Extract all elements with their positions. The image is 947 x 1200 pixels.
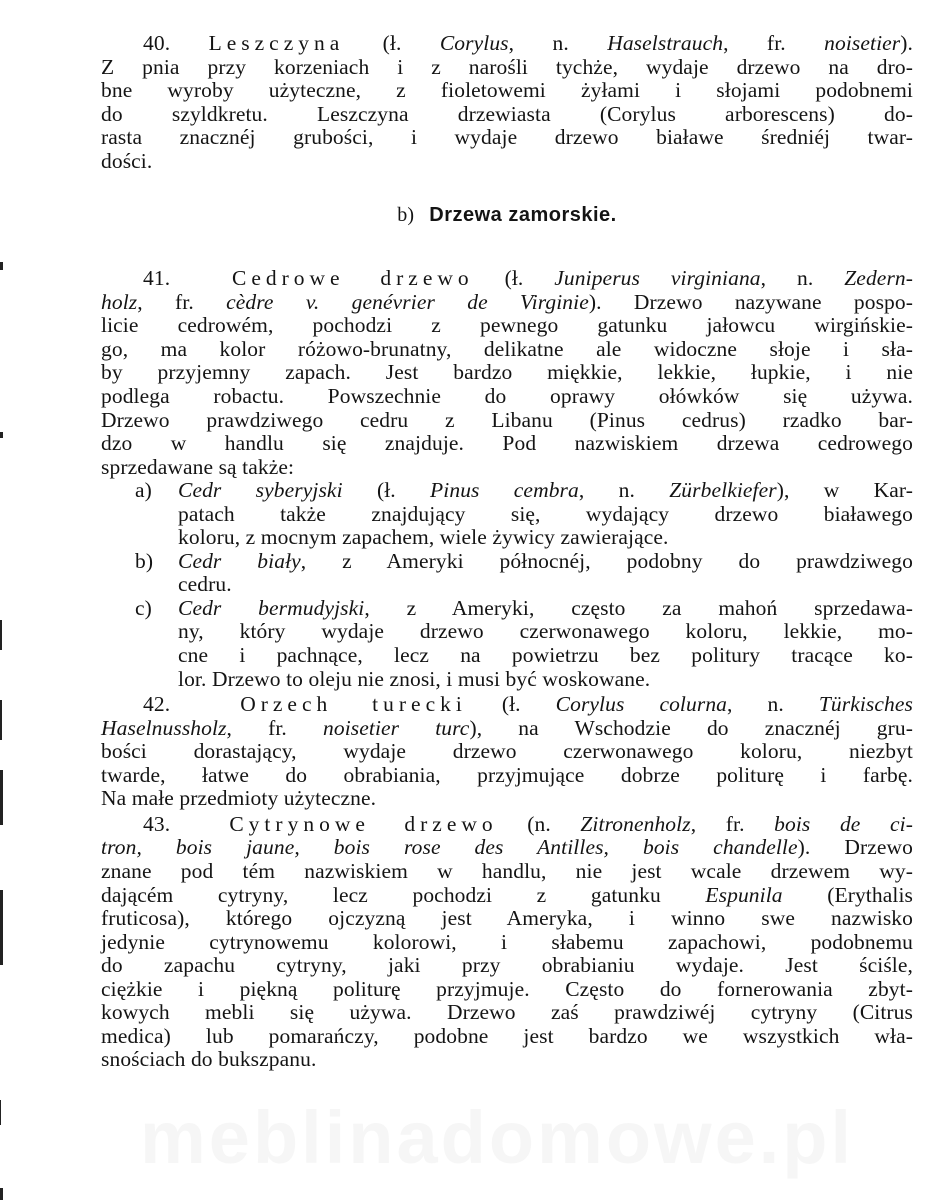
text-line: bości dorastający, wydaje drzewo czerwon…: [101, 740, 913, 764]
entry-41-title-line: 41. Cedrowe drzewo (ł. Juniperus virgini…: [101, 267, 913, 291]
entry-42-title-line: 42. Orzech turecki (ł. Corylus colurna, …: [101, 693, 913, 717]
german-name: Zürbelkiefer: [669, 478, 776, 502]
subitem-first-line: c)Cedr bermudyjski, z Ameryki, często za…: [101, 597, 913, 621]
text-fragment: ).: [900, 31, 913, 55]
text-line: licie cedrowém, pochodzi z pewnego gatun…: [101, 314, 913, 338]
scan-mark: [0, 1100, 1, 1125]
section-title: Drzewa zamorskie.: [429, 204, 616, 226]
subitem-first-line: a)Cedr syberyjski (ł. Pinus cembra, n. Z…: [101, 479, 913, 503]
german-name: Zitronenholz: [580, 812, 690, 836]
page-body: 40. Leszczyna (ł. Corylus, n. Haselstrau…: [101, 32, 913, 1072]
text-line: Z pnia przy korzeniach i z narośli tychż…: [101, 56, 913, 80]
text-line: koloru, z mocnym zapachem, wiele żywicy …: [101, 526, 913, 550]
text-fragment: , fr.: [227, 716, 323, 740]
text-line: tron, bois jaune, bois rose des Antilles…: [101, 836, 913, 860]
subitem-first-line: b)Cedr biały, z Ameryki północnéj, podob…: [101, 550, 913, 574]
left-margin-scan-artifacts: [0, 0, 14, 1200]
text-line: go, ma kolor różowo-brunatny, delikatne …: [101, 338, 913, 362]
french-name: noisetier turc: [323, 716, 469, 740]
watermark: meblinadomowe.pl: [140, 1095, 854, 1180]
entry-40-leszczyna: 40. Leszczyna (ł. Corylus, n. Haselstrau…: [101, 32, 913, 173]
entry-42-orzech-turecki: 42. Orzech turecki (ł. Corylus colurna, …: [101, 693, 913, 811]
latin-name: Pinus cembra: [430, 478, 579, 502]
text-fragment: , z Ameryki północnéj, podobny do prawdz…: [301, 549, 913, 573]
text-fragment: , fr.: [691, 812, 774, 836]
text-fragment: ). Drzewo nazywane pospo-: [589, 290, 913, 314]
text-line: Haselnussholz, fr. noisetier turc), na W…: [101, 717, 913, 741]
german-name: Zedern-: [844, 266, 913, 290]
text-line: sprzedawane są także:: [101, 456, 913, 480]
scan-mark: [0, 700, 2, 740]
text-line: ny, który wydaje drzewo czerwonawego kol…: [101, 620, 913, 644]
subitem-label: a): [135, 479, 152, 503]
german-name: Haselstrauch: [607, 31, 723, 55]
scan-mark: [0, 770, 3, 825]
text-line: twarde, łatwe do obrabiania, przyjmujące…: [101, 764, 913, 788]
genus-name: Espunila: [705, 883, 782, 907]
subitem-b-cedr-bialy: b)Cedr biały, z Ameryki północnéj, podob…: [101, 550, 913, 597]
text-line: fruticosa), którego ojczyzną jest Ameryk…: [101, 907, 913, 931]
section-heading: b) Drzewa zamorskie.: [101, 203, 913, 227]
french-name-cont: tron, bois jaune, bois rose des Antilles…: [101, 835, 798, 859]
text-fragment: , fr.: [137, 290, 226, 314]
entry-number: 42.: [143, 692, 170, 716]
text-fragment: , z Ameryki, często za mahoń sprzedawa-: [364, 596, 913, 620]
entry-43-cytrynowe-drzewo: 43. Cytrynowe drzewo (n. Zitronenholz, f…: [101, 813, 913, 1072]
text-line: snościach do bukszpanu.: [101, 1048, 913, 1072]
scan-mark: [0, 1188, 3, 1200]
scan-mark: [0, 890, 3, 965]
french-name: cèdre v. genévrier de Virginie: [226, 290, 589, 314]
text-line: medica) lub pomarańczy, podobne jest bar…: [101, 1025, 913, 1049]
section-label: b): [397, 204, 414, 226]
entry-43-title-line: 43. Cytrynowe drzewo (n. Zitronenholz, f…: [101, 813, 913, 837]
text-line: ciężkie i piękną politurę przyjmuje. Czę…: [101, 978, 913, 1002]
french-name: noisetier: [824, 31, 900, 55]
entry-number: 40.: [143, 31, 209, 55]
text-line: dości.: [101, 150, 913, 174]
subitem-name: Cedr biały: [178, 549, 301, 573]
scanned-book-page: meblinadomowe.pl 40. Leszczyna (ł. Coryl…: [0, 0, 947, 1200]
text-line: patach także znajdujący się, wydający dr…: [101, 503, 913, 527]
text-fragment: (n.: [498, 812, 581, 836]
text-line: lor. Drzewo to oleju nie znosi, i musi b…: [101, 668, 913, 692]
text-fragment: (ł.: [474, 266, 555, 290]
text-line: holz, fr. cèdre v. genévrier de Virginie…: [101, 291, 913, 315]
subitem-c-cedr-bermudyjski: c)Cedr bermudyjski, z Ameryki, często za…: [101, 597, 913, 691]
entry-name: Leszczyna: [209, 31, 345, 55]
text-line: jedynie cytrynowemu kolorowi, i słabemu …: [101, 931, 913, 955]
text-fragment: dającém cytryny, lecz pochodzi z gatunku: [101, 883, 705, 907]
text-fragment: , n.: [509, 31, 608, 55]
text-line: dającém cytryny, lecz pochodzi z gatunku…: [101, 884, 913, 908]
scan-mark: [0, 432, 3, 438]
text-fragment: ). Drzewo: [798, 835, 913, 859]
subitem-label: c): [135, 597, 152, 621]
text-line: cne i pachnące, lecz na powietrzu bez po…: [101, 644, 913, 668]
text-line: kowych mebli się używa. Drzewo zaś prawd…: [101, 1001, 913, 1025]
text-line: do zapachu cytryny, jaki przy obrabianiu…: [101, 954, 913, 978]
entry-40-title-line: 40. Leszczyna (ł. Corylus, n. Haselstrau…: [101, 32, 913, 56]
text-line: znane pod tém nazwiskiem w handlu, nie j…: [101, 860, 913, 884]
section-heading-block: b) Drzewa zamorskie.: [101, 173, 913, 267]
text-fragment: (Erythalis: [783, 883, 913, 907]
latin-name: Juniperus virginiana: [554, 266, 760, 290]
german-name-cont: holz: [101, 290, 137, 314]
text-fragment: (ł.: [343, 478, 430, 502]
text-line: Na małe przedmioty użyteczne.: [101, 787, 913, 811]
entry-number: 41.: [143, 266, 170, 290]
entry-41-cedrowe-drzewo: 41. Cedrowe drzewo (ł. Juniperus virgini…: [101, 267, 913, 691]
entry-name: Cedrowe drzewo: [232, 266, 474, 290]
text-line: Drzewo prawdziwego cedru z Libanu (Pinus…: [101, 409, 913, 433]
german-name: Türkisches: [819, 692, 913, 716]
latin-name: Corylus colurna: [556, 692, 727, 716]
french-name: bois de ci-: [774, 812, 913, 836]
text-fragment: , n.: [761, 266, 845, 290]
subitem-name: Cedr syberyjski: [178, 478, 343, 502]
text-fragment: , n.: [579, 478, 669, 502]
text-line: podlega robactu. Powszechnie do oprawy o…: [101, 385, 913, 409]
text-fragment: ), na Wschodzie do znacznéj gru-: [469, 716, 913, 740]
subitem-label: b): [135, 550, 153, 574]
text-line: do szyldkretu. Leszczyna drzewiasta (Cor…: [101, 103, 913, 127]
subitem-a-cedr-syberyjski: a)Cedr syberyjski (ł. Pinus cembra, n. Z…: [101, 479, 913, 550]
scan-mark: [0, 620, 2, 650]
text-fragment: , n.: [727, 692, 819, 716]
entry-name: Orzech turecki: [240, 692, 467, 716]
latin-name: Corylus: [440, 31, 509, 55]
text-line: dzo w handlu się znajduje. Pod nazwiskie…: [101, 432, 913, 456]
german-name-cont: Haselnussholz: [101, 716, 227, 740]
entry-name: Cytrynowe drzewo: [229, 812, 497, 836]
text-fragment: ), w Kar-: [777, 478, 913, 502]
text-fragment: , fr.: [723, 31, 824, 55]
text-line: rasta znacznéj grubości, i wydaje drzewo…: [101, 126, 913, 150]
text-line: cedru.: [101, 573, 913, 597]
text-fragment: (ł.: [344, 31, 440, 55]
text-line: by przyjemny zapach. Jest bardzo miękkie…: [101, 361, 913, 385]
scan-mark: [0, 262, 3, 270]
entry-number: 43.: [143, 812, 170, 836]
text-fragment: (ł.: [467, 692, 556, 716]
text-line: bne wyroby użyteczne, z fioletowemi żyła…: [101, 79, 913, 103]
subitem-name: Cedr bermudyjski: [178, 596, 364, 620]
